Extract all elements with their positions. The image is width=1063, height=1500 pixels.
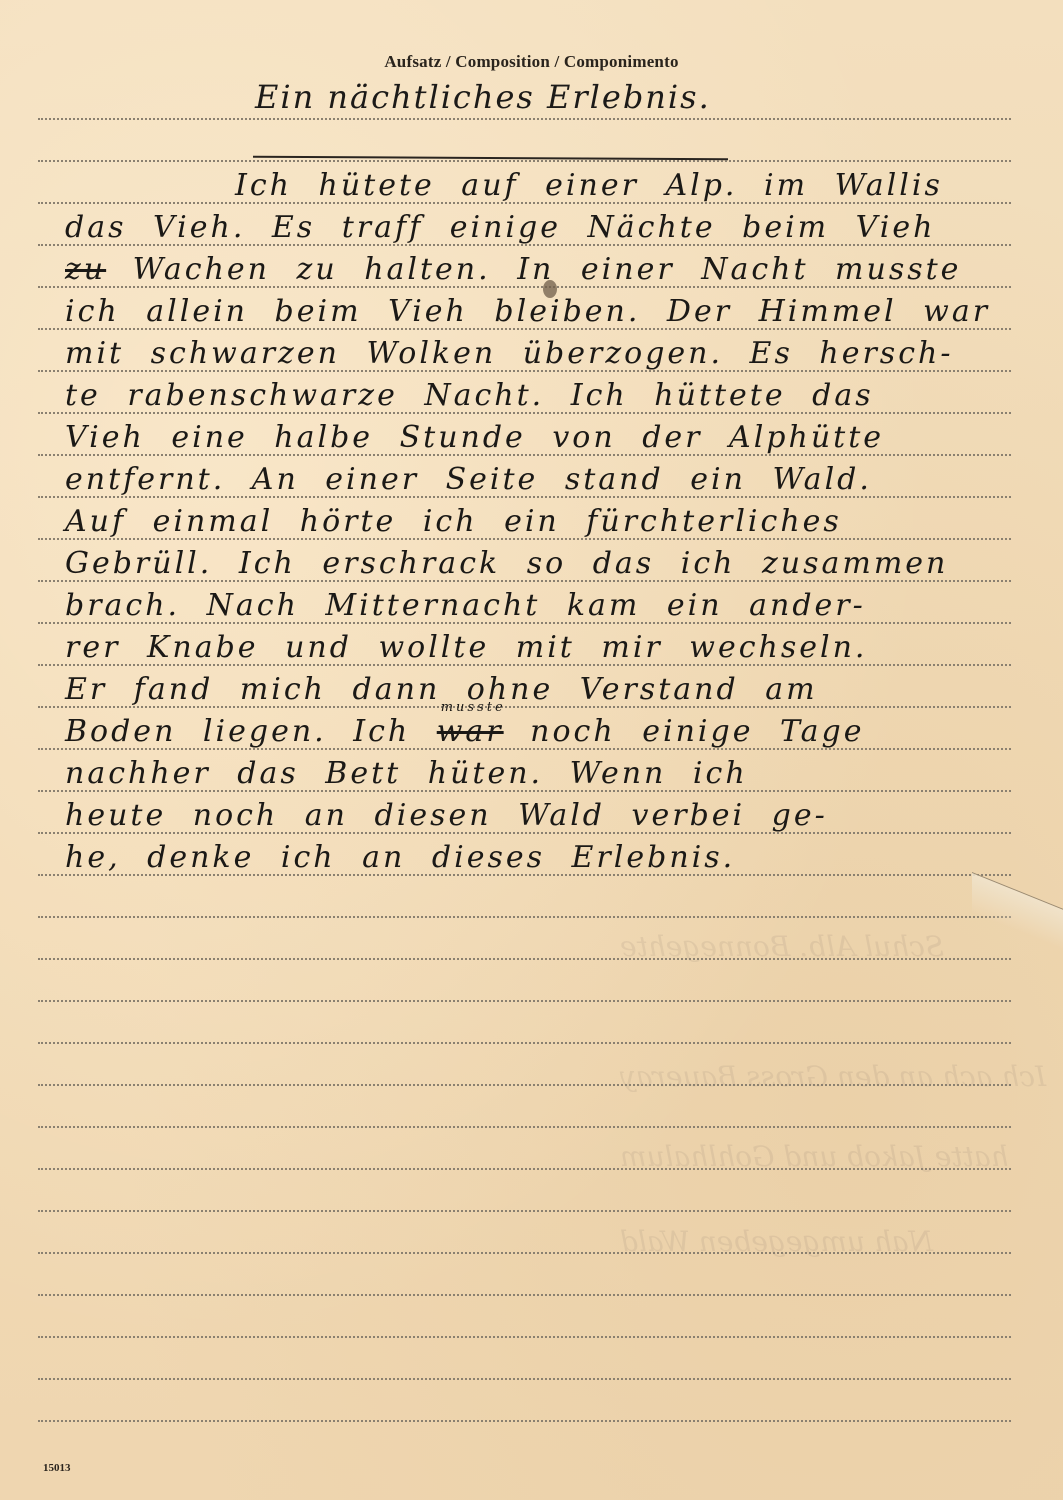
ruled-line [38,1420,1011,1422]
ruled-line [38,160,1011,162]
ruled-line [38,1294,1011,1296]
essay-title: Ein nächtliches Erlebnis. [255,78,711,116]
handwritten-line: nachher das Bett hüten. Wenn ich [65,756,1025,791]
struck-word: warmusste [437,714,504,749]
handwritten-line: Auf einmal hörte ich ein fürchterliches [65,504,1025,539]
ruled-line [38,1378,1011,1380]
ruled-line [38,1042,1011,1044]
form-number: 15013 [43,1462,71,1474]
handwritten-line: mit schwarzen Wolken überzogen. Es hersc… [65,336,1025,371]
handwritten-line: brach. Nach Mitternacht kam ein ander- [65,588,1025,623]
handwritten-line: heute noch an diesen Wald verbei ge- [65,798,1025,833]
ruled-line [38,1210,1011,1212]
ruled-line [38,916,1011,918]
ruled-line [38,1084,1011,1086]
ruled-line [38,1168,1011,1170]
handwritten-line: he, denke ich an dieses Erlebnis. [65,840,1025,875]
handwritten-line: das Vieh. Es traff einige Nächte beim Vi… [65,210,1025,245]
handwritten-line: ich allein beim Vieh bleiben. Der Himmel… [65,294,1025,329]
ink-blot [543,280,557,298]
ruled-line [38,1000,1011,1002]
inserted-correction: musste [441,700,506,715]
handwritten-line: entfernt. An einer Seite stand ein Wald. [65,462,1025,497]
struck-word: zu [65,252,106,287]
handwritten-line: Ich hütete auf einer Alp. im Wallis [235,168,1063,203]
ruled-line [38,1126,1011,1128]
form-header: Aufsatz / Composition / Componimento [0,52,1063,72]
handwritten-line: Gebrüll. Ich erschrack so das ich zusamm… [65,546,1025,581]
handwritten-line: Vieh eine halbe Stunde von der Alphütte [65,420,1025,455]
ruled-line [38,1252,1011,1254]
ruled-line [38,1336,1011,1338]
bleed-through-text: Ich ach an den Gross Baueray [620,1060,1046,1093]
handwritten-line: Er fand mich dann ohne Verstand am [65,672,1025,707]
ruled-line [38,118,1011,120]
handwritten-line: te rabenschwarze Nacht. Ich hüttete das [65,378,1025,413]
handwritten-line: rer Knabe und wollte mit mir wechseln. [65,630,1025,665]
ruled-line [38,958,1011,960]
handwritten-line: Boden liegen. Ich warmusste noch einige … [65,714,1025,749]
